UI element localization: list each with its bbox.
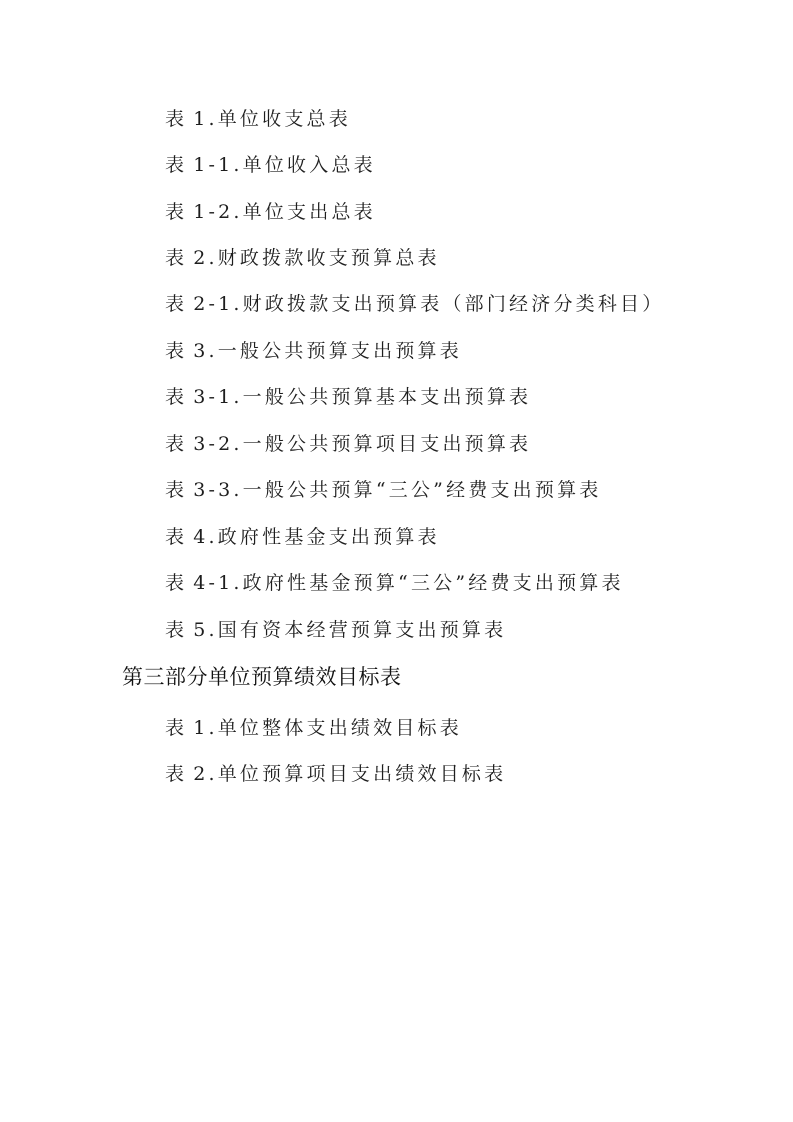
toc-item-table-5: 表5.国有资本经营预算支出预算表 bbox=[165, 618, 506, 642]
document-page: 表1.单位收支总表 表1-1.单位收入总表 表1-2.单位支出总表 表2.财政拨… bbox=[0, 0, 793, 1122]
toc-item-table-3: 表3.一般公共预算支出预算表 bbox=[165, 339, 462, 363]
toc-item-prefix: 表 bbox=[165, 108, 187, 130]
toc-item-label: 3-2.一般公共预算项目支出预算表 bbox=[193, 433, 531, 455]
toc-item-prefix: 表 bbox=[165, 433, 187, 455]
toc-item-label: 4.政府性基金支出预算表 bbox=[193, 526, 440, 548]
toc-item-label: 2-1.财政拨款支出预算表（部门经济分类科目） bbox=[193, 293, 664, 315]
toc-item-prefix: 表 bbox=[165, 386, 187, 408]
toc-item-table-2: 表2.财政拨款收支预算总表 bbox=[165, 246, 440, 270]
toc-item-label: 4-1.政府性基金预算“三公”经费支出预算表 bbox=[193, 572, 623, 594]
toc-item-label: 5.国有资本经营预算支出预算表 bbox=[193, 619, 506, 641]
toc-item-table-1: 表1.单位收支总表 bbox=[165, 107, 351, 131]
toc-item-table-4: 表4.政府性基金支出预算表 bbox=[165, 525, 440, 549]
toc-item-label: 3-3.一般公共预算“三公”经费支出预算表 bbox=[193, 479, 601, 501]
toc-item-prefix: 表 bbox=[165, 293, 187, 315]
toc-item-label: 1.单位收支总表 bbox=[193, 108, 351, 130]
toc-item-label: 2.单位预算项目支出绩效目标表 bbox=[193, 763, 506, 785]
toc-item-label: 1.单位整体支出绩效目标表 bbox=[193, 717, 462, 739]
toc-item-table-3-2: 表3-2.一般公共预算项目支出预算表 bbox=[165, 432, 531, 456]
toc-item-prefix: 表 bbox=[165, 717, 187, 739]
toc-item-prefix: 表 bbox=[165, 340, 187, 362]
toc-item-label: 1-2.单位支出总表 bbox=[193, 201, 376, 223]
toc-item-label: 3-1.一般公共预算基本支出预算表 bbox=[193, 386, 531, 408]
toc-item-label: 1-1.单位收入总表 bbox=[193, 154, 376, 176]
toc-item-prefix: 表 bbox=[165, 247, 187, 269]
toc-item-table-2-1: 表2-1.财政拨款支出预算表（部门经济分类科目） bbox=[165, 292, 664, 316]
toc-item-perf-table-2: 表2.单位预算项目支出绩效目标表 bbox=[165, 762, 506, 786]
toc-item-label: 2.财政拨款收支预算总表 bbox=[193, 247, 440, 269]
toc-item-prefix: 表 bbox=[165, 526, 187, 548]
toc-item-prefix: 表 bbox=[165, 201, 187, 223]
toc-item-prefix: 表 bbox=[165, 572, 187, 594]
toc-item-table-4-1: 表4-1.政府性基金预算“三公”经费支出预算表 bbox=[165, 571, 624, 595]
toc-item-table-1-1: 表1-1.单位收入总表 bbox=[165, 153, 376, 177]
toc-item-table-3-3: 表3-3.一般公共预算“三公”经费支出预算表 bbox=[165, 478, 601, 502]
toc-item-prefix: 表 bbox=[165, 619, 187, 641]
toc-item-label: 3.一般公共预算支出预算表 bbox=[193, 340, 462, 362]
toc-item-table-1-2: 表1-2.单位支出总表 bbox=[165, 200, 376, 224]
toc-item-prefix: 表 bbox=[165, 763, 187, 785]
toc-item-table-3-1: 表3-1.一般公共预算基本支出预算表 bbox=[165, 385, 531, 409]
toc-item-prefix: 表 bbox=[165, 154, 187, 176]
section-heading-part3: 第三部分单位预算绩效目标表 bbox=[122, 664, 402, 690]
toc-item-perf-table-1: 表1.单位整体支出绩效目标表 bbox=[165, 716, 462, 740]
toc-item-prefix: 表 bbox=[165, 479, 187, 501]
